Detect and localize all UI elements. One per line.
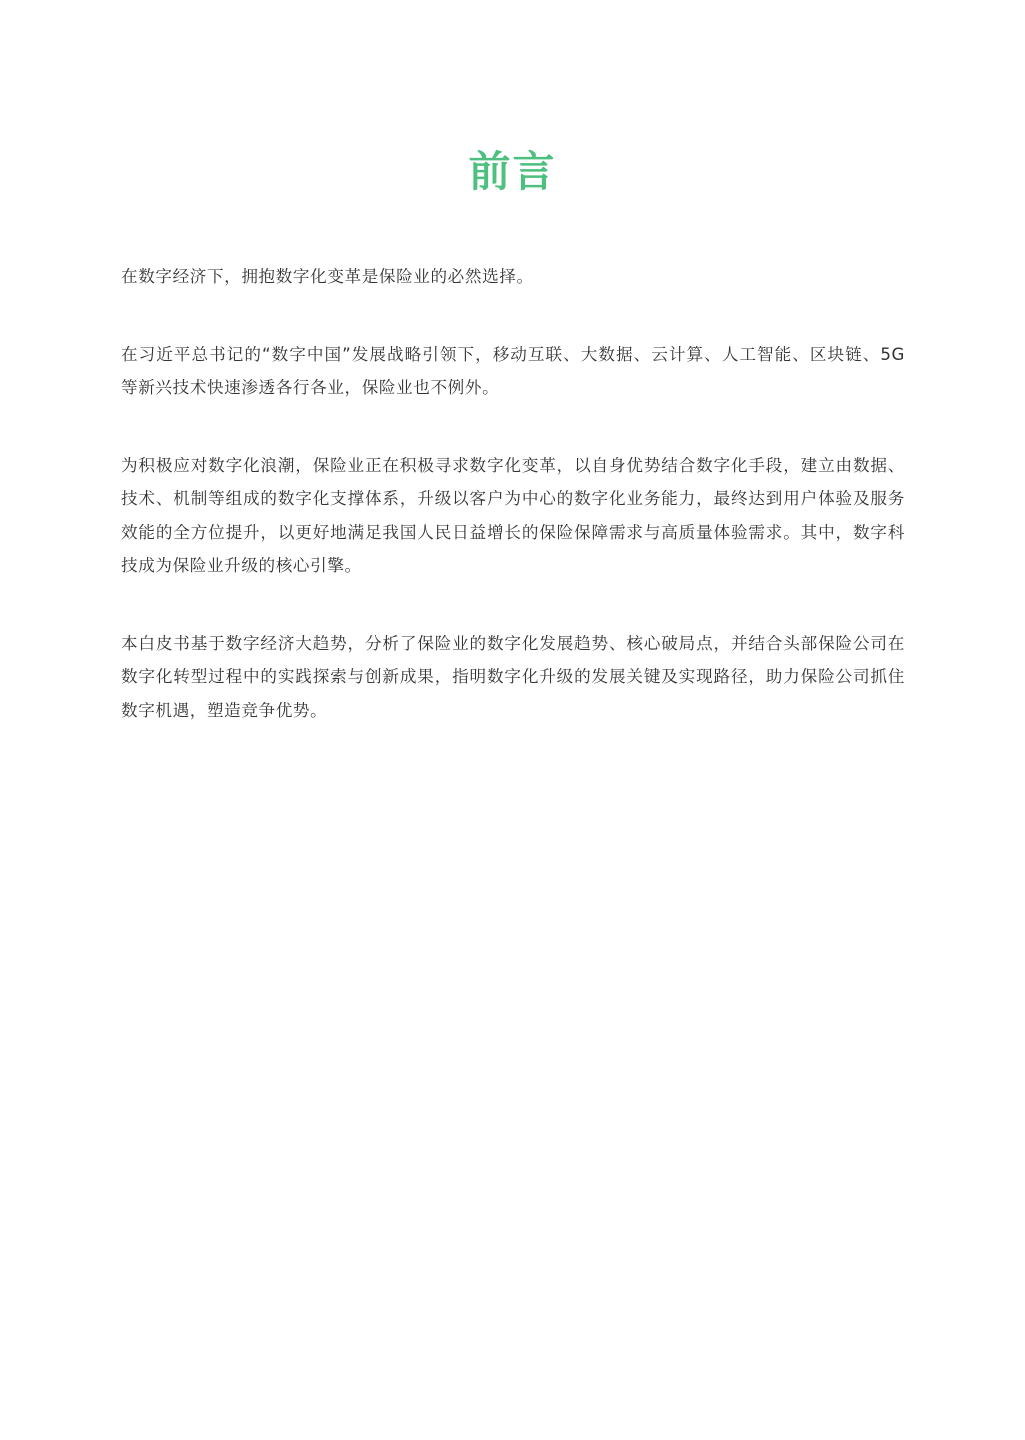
paragraph-digital-transformation: 为积极应对数字化浪潮，保险业正在积极寻求数字化变革，以自身优势结合数字化手段，建… (121, 449, 905, 583)
paragraph-whitepaper-summary: 本白皮书基于数字经济大趋势，分析了保险业的数字化发展趋势、核心破局点，并结合头部… (121, 627, 905, 728)
paragraph-intro: 在数字经济下，拥抱数字化变革是保险业的必然选择。 (121, 260, 905, 294)
preface-body: 在数字经济下，拥抱数字化变革是保险业的必然选择。 在习近平总书记的“数字中国”发… (121, 260, 905, 727)
page-title: 前言 (0, 146, 1025, 198)
paragraph-digital-china: 在习近平总书记的“数字中国”发展战略引领下，移动互联、大数据、云计算、人工智能、… (121, 338, 905, 405)
